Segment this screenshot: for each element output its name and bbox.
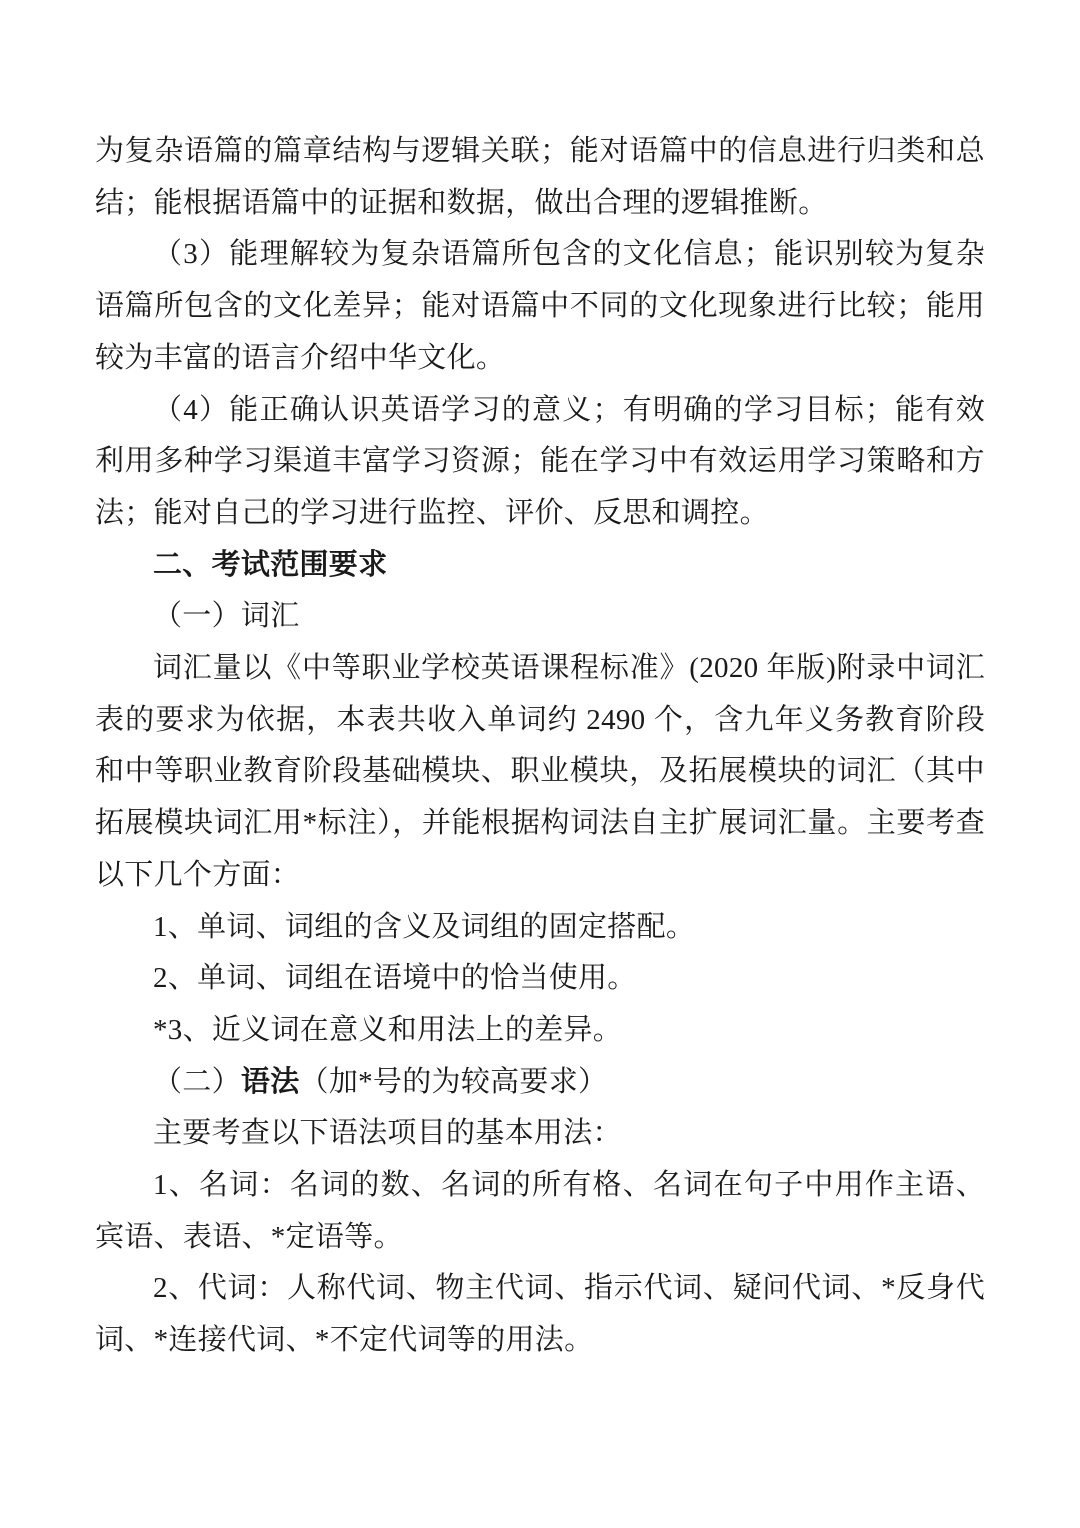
paragraph-grammar-intro: 主要考查以下语法项目的基本用法：	[95, 1108, 985, 1160]
paragraph-continuation: 为复杂语篇的篇章结构与逻辑关联；能对语篇中的信息进行归类和总结；能根据语篇中的证…	[95, 126, 985, 229]
paragraph-vocabulary-scope: 词汇量以《中等职业学校英语课程标准》(2020 年版)附录中词汇表的要求为依据，…	[95, 643, 985, 902]
document-page: 为复杂语篇的篇章结构与逻辑关联；能对语篇中的信息进行归类和总结；能根据语篇中的证…	[0, 0, 1080, 1528]
subsection-2-number: （二）	[153, 1066, 241, 1098]
subsection-2-title-line: （二）语法（加*号的为较高要求）	[95, 1057, 985, 1109]
section-2-heading: 二、考试范围要求	[95, 540, 985, 592]
vocab-list-item-3: *3、近义词在意义和用法上的差异。	[95, 1005, 985, 1057]
document-content: 为复杂语篇的篇章结构与逻辑关联；能对语篇中的信息进行归类和总结；能根据语篇中的证…	[95, 126, 985, 1367]
grammar-list-item-1: 1、名词：名词的数、名词的所有格、名词在句子中用作主语、宾语、表语、*定语等。	[95, 1160, 985, 1263]
subsection-1-title: （一）词汇	[95, 591, 985, 643]
vocab-list-item-1: 1、单词、词组的含义及词组的固定搭配。	[95, 902, 985, 954]
paragraph-point-3: （3）能理解较为复杂语篇所包含的文化信息；能识别较为复杂语篇所包含的文化差异；能…	[95, 229, 985, 384]
subsection-2-note: （加*号的为较高要求）	[300, 1066, 608, 1098]
paragraph-point-4: （4）能正确认识英语学习的意义；有明确的学习目标；能有效利用多种学习渠道丰富学习…	[95, 385, 985, 540]
subsection-2-title: 语法	[241, 1066, 300, 1098]
vocab-list-item-2: 2、单词、词组在语境中的恰当使用。	[95, 953, 985, 1005]
grammar-list-item-2: 2、代词：人称代词、物主代词、指示代词、疑问代词、*反身代词、*连接代词、*不定…	[95, 1263, 985, 1366]
